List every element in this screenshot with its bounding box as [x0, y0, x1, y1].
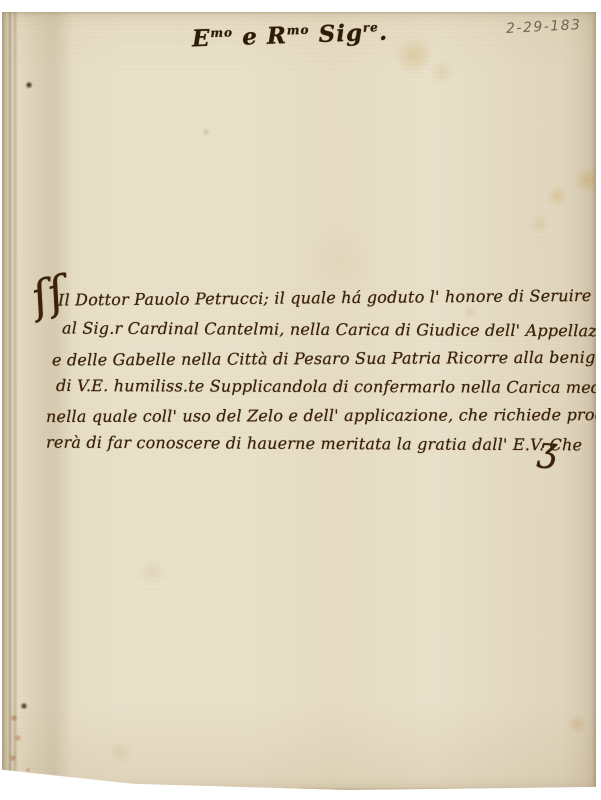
manuscript-body: Il Dottor Pauolo Petrucci; il quale há g…: [2, 12, 596, 790]
document-scan: Emo e Rmo Sigre. 2-29-183 ſſ Il Dottor P…: [0, 0, 601, 800]
manuscript-line-4: di V.E. humiliss.te Supplicandola di con…: [56, 376, 601, 397]
closing-paraph-flourish: ʒ: [537, 429, 559, 470]
manuscript-page: Emo e Rmo Sigre. 2-29-183 ſſ Il Dottor P…: [2, 12, 596, 790]
manuscript-line-2: al Sig.r Cardinal Cantelmi, nella Carica…: [62, 319, 601, 341]
manuscript-line-3: e delle Gabelle nella Città di Pesaro Su…: [52, 348, 601, 370]
manuscript-line-6: rerà di far conoscere di hauerne meritat…: [46, 433, 582, 455]
manuscript-line-1: Il Dottor Pauolo Petrucci; il quale há g…: [58, 285, 601, 309]
manuscript-line-5: nella quale coll' uso del Zelo e dell' a…: [46, 405, 601, 426]
